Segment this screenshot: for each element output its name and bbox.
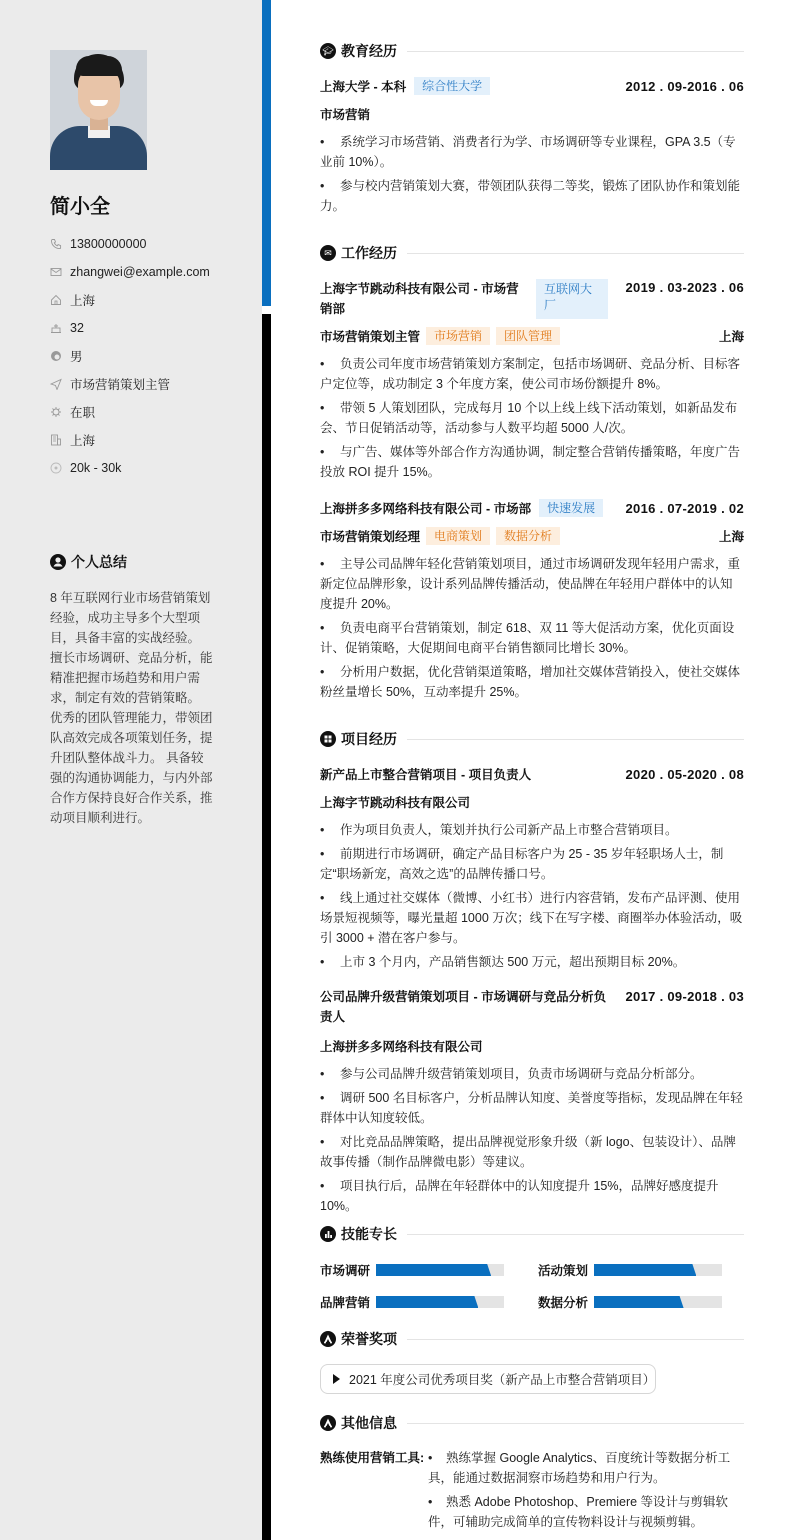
project-date: 2017 . 09-2018 . 03	[626, 987, 744, 1007]
work-title: 工作经历	[341, 243, 397, 263]
info-age: 32	[50, 314, 210, 342]
skill-item: 数据分析	[538, 1293, 722, 1311]
project-name: 公司品牌升级营销策划项目 - 市场调研与竞品分析负责人	[320, 987, 616, 1027]
skill-name: 活动策划	[538, 1261, 594, 1279]
info-email: zhangwei@example.com	[50, 258, 210, 286]
award-icon	[320, 1331, 336, 1347]
work-item-header: 上海拼多多网络科技有限公司 - 市场部 快速发展 2016 . 07-2019 …	[320, 499, 744, 517]
info-city-value: 上海	[70, 431, 95, 449]
skill-tag: 电商策划	[426, 527, 490, 545]
list-item: 调研 500 名目标客户，分析品牌认知度、美誉度等指标，发现品牌在年轻群体中认知…	[320, 1088, 744, 1128]
skill-bar-fill	[594, 1264, 696, 1276]
skill-tag: 数据分析	[496, 527, 560, 545]
project-item-header: 公司品牌升级营销策划项目 - 市场调研与竞品分析负责人 2017 . 09-20…	[320, 987, 744, 1027]
skill-bar	[594, 1264, 722, 1276]
mail-icon	[50, 266, 62, 278]
info-gender: 男	[50, 342, 210, 370]
education-title: 教育经历	[341, 41, 397, 61]
school-name: 上海大学 - 本科	[320, 77, 406, 95]
accent-bar-black	[262, 314, 271, 1540]
company-tag: 快速发展	[539, 499, 603, 517]
accent-bar-blue	[262, 0, 271, 306]
info-home-value: 上海	[70, 291, 95, 309]
skill-item: 市场调研	[320, 1261, 504, 1279]
award-item[interactable]: 2021 年度公司优秀项目奖（新产品上市整合营销项目）	[320, 1364, 656, 1394]
list-item: 带领 5 人策划团队，完成每月 10 个以上线上线下活动策划，如新品发布会、节日…	[320, 398, 744, 438]
divider	[407, 1234, 744, 1235]
contact-info-list: 13800000000 zhangwei@example.com 上海 32 男…	[50, 230, 210, 482]
education-item-header: 上海大学 - 本科 综合性大学 2012 . 09-2016 . 06	[320, 77, 744, 95]
location: 上海	[719, 327, 744, 345]
avatar	[50, 50, 147, 170]
send-icon	[50, 378, 62, 390]
work-heading: ✉︎ 工作经历	[320, 243, 744, 263]
skill-tag: 市场营销	[426, 327, 490, 345]
other-heading: 其他信息	[320, 1413, 744, 1433]
skill-bar	[376, 1296, 504, 1308]
list-item: 主导公司品牌年轻化营销策划项目，通过市场调研发现年轻用户需求，重新定位品牌形象，…	[320, 554, 744, 614]
user-icon	[50, 554, 66, 570]
info-salary-value: 20k - 30k	[70, 461, 121, 475]
skill-name: 数据分析	[538, 1293, 594, 1311]
project-name: 新产品上市整合营销项目 - 项目负责人	[320, 765, 531, 783]
education-date: 2012 . 09-2016 . 06	[626, 79, 744, 94]
projects-heading: 项目经历	[320, 729, 744, 749]
info-city: 上海	[50, 426, 210, 454]
other-bullets: 熟练掌握 Google Analytics、百度统计等数据分析工具，能通过数据洞…	[428, 1448, 744, 1536]
info-email-value: zhangwei@example.com	[70, 265, 210, 279]
list-item: 参与校内营销策划大赛，带领团队获得二等奖，锻炼了团队协作和策划能力。	[320, 176, 744, 216]
project-company: 上海拼多多网络科技有限公司	[320, 1037, 483, 1055]
skill-bar-fill	[376, 1264, 491, 1276]
gender-icon	[50, 350, 62, 362]
skill-bar-fill	[376, 1296, 478, 1308]
project-company: 上海字节跳动科技有限公司	[320, 793, 470, 811]
work-date: 2016 . 07-2019 . 02	[626, 501, 744, 516]
list-item: 负责电商平台营销策划，制定 618、双 11 等大促活动方案，优化页面设计、促销…	[320, 618, 744, 658]
info-salary: 20k - 30k	[50, 454, 210, 482]
info-status-value: 在职	[70, 403, 95, 421]
list-item: 负责公司年度市场营销策划方案制定，包括市场调研、竞品分析、目标客户定位等，成功制…	[320, 354, 744, 394]
company-name: 上海字节跳动科技有限公司 - 市场营销部	[320, 279, 530, 319]
skill-bar	[376, 1264, 504, 1276]
award-text: 2021 年度公司优秀项目奖（新产品上市整合营销项目）	[349, 1370, 655, 1388]
info-age-value: 32	[70, 321, 84, 335]
project-item-header: 新产品上市整合营销项目 - 项目负责人 2020 . 05-2020 . 08	[320, 765, 744, 783]
divider	[407, 51, 744, 52]
divider	[407, 253, 744, 254]
home-icon	[50, 294, 62, 306]
list-item: 系统学习市场营销、消费者行为学、市场调研等专业课程，GPA 3.5（专业前 10…	[320, 132, 744, 172]
major: 市场营销	[320, 105, 370, 123]
skill-bar	[594, 1296, 722, 1308]
skill-name: 品牌营销	[320, 1293, 376, 1311]
education-heading: 🎓︎ 教育经历	[320, 41, 744, 61]
summary-heading: 个人总结	[50, 552, 127, 572]
awards-heading: 荣誉奖项	[320, 1329, 744, 1349]
project-date: 2020 . 05-2020 . 08	[626, 767, 744, 782]
project-bullets: 作为项目负责人，策划并执行公司新产品上市整合营销项目。 前期进行市场调研，确定产…	[320, 820, 744, 976]
list-item: 与广告、媒体等外部合作方沟通协调，制定整合营销传播策略，年度广告投放 ROI 提…	[320, 442, 744, 482]
list-item: 线上通过社交媒体（微博、小红书）进行内容营销，发布产品评测、使用场景短视频等，曝…	[320, 888, 744, 948]
summary-title: 个人总结	[71, 552, 127, 572]
divider	[407, 1423, 744, 1424]
work-bullets: 主导公司品牌年轻化营销策划项目，通过市场调研发现年轻用户需求，重新定位品牌形象，…	[320, 554, 744, 706]
school-tag: 综合性大学	[414, 77, 490, 95]
graduation-cap-icon: 🎓︎	[320, 43, 336, 59]
profile-name: 简小全	[50, 190, 110, 219]
list-item: 熟悉 Adobe Photoshop、Premiere 等设计与剪辑软件，可辅助…	[428, 1492, 744, 1532]
info-icon	[320, 1415, 336, 1431]
bar-chart-icon	[320, 1226, 336, 1242]
divider	[407, 739, 744, 740]
other-label: 熟练使用营销工具:	[320, 1448, 424, 1466]
skill-name: 市场调研	[320, 1261, 376, 1279]
summary-text: 8 年互联网行业市场营销策划经验，成功主导多个大型项目，具备丰富的实战经验。 擅…	[50, 588, 214, 828]
skill-tag: 团队管理	[496, 327, 560, 345]
info-status: 在职	[50, 398, 210, 426]
location: 上海	[719, 527, 744, 545]
company-tag: 互联网大厂	[536, 279, 608, 319]
skills-heading: 技能专长	[320, 1224, 744, 1244]
project-bullets: 参与公司品牌升级营销策划项目，负责市场调研与竞品分析部分。 调研 500 名目标…	[320, 1064, 744, 1220]
skill-item: 活动策划	[538, 1261, 722, 1279]
work-item-header: 上海字节跳动科技有限公司 - 市场营销部 互联网大厂 2019 . 03-202…	[320, 279, 744, 319]
work-role-row: 市场营销策划主管 市场营销 团队管理 上海	[320, 327, 744, 345]
list-item: 参与公司品牌升级营销策划项目，负责市场调研与竞品分析部分。	[320, 1064, 744, 1084]
list-item: 前期进行市场调研，确定产品目标客户为 25 - 35 岁年轻职场人士，制定“职场…	[320, 844, 744, 884]
phone-icon	[50, 238, 62, 250]
work-bullets: 负责公司年度市场营销策划方案制定，包括市场调研、竞品分析、目标客户定位等，成功制…	[320, 354, 744, 486]
triangle-right-icon	[333, 1374, 340, 1384]
info-position: 市场营销策划主管	[50, 370, 210, 398]
company-name: 上海拼多多网络科技有限公司 - 市场部	[320, 499, 531, 517]
role: 市场营销策划经理	[320, 527, 420, 545]
status-icon	[50, 406, 62, 418]
skills-title: 技能专长	[341, 1224, 397, 1244]
info-gender-value: 男	[70, 347, 83, 365]
skill-item: 品牌营销	[320, 1293, 504, 1311]
list-item: 对比竞品品牌策略，提出品牌视觉形象升级（新 logo、包装设计）、品牌故事传播（…	[320, 1132, 744, 1172]
projects-title: 项目经历	[341, 729, 397, 749]
info-position-value: 市场营销策划主管	[70, 375, 170, 393]
awards-title: 荣誉奖项	[341, 1329, 397, 1349]
role: 市场营销策划主管	[320, 327, 420, 345]
list-item: 上市 3 个月内，产品销售额达 500 万元，超出预期目标 20%。	[320, 952, 744, 972]
other-title: 其他信息	[341, 1413, 397, 1433]
work-role-row: 市场营销策划经理 电商策划 数据分析 上海	[320, 527, 744, 545]
list-item: 熟练掌握 Google Analytics、百度统计等数据分析工具，能通过数据洞…	[428, 1448, 744, 1488]
work-date: 2019 . 03-2023 . 06	[626, 279, 744, 297]
cake-icon	[50, 322, 62, 334]
briefcase-icon: ✉︎	[320, 245, 336, 261]
education-bullets: 系统学习市场营销、消费者行为学、市场调研等专业课程，GPA 3.5（专业前 10…	[320, 132, 744, 220]
info-home: 上海	[50, 286, 210, 314]
list-item: 分析用户数据，优化营销渠道策略，增加社交媒体营销投入，使社交媒体粉丝量增长 50…	[320, 662, 744, 702]
list-item: 作为项目负责人，策划并执行公司新产品上市整合营销项目。	[320, 820, 744, 840]
info-phone-value: 13800000000	[70, 237, 146, 251]
info-phone: 13800000000	[50, 230, 210, 258]
skill-bar-fill	[594, 1296, 684, 1308]
list-item: 项目执行后，品牌在年轻群体中的认知度提升 15%，品牌好感度提升 10%。	[320, 1176, 744, 1216]
divider	[407, 1339, 744, 1340]
building-icon	[50, 434, 62, 446]
grid-icon	[320, 731, 336, 747]
salary-icon	[50, 462, 62, 474]
